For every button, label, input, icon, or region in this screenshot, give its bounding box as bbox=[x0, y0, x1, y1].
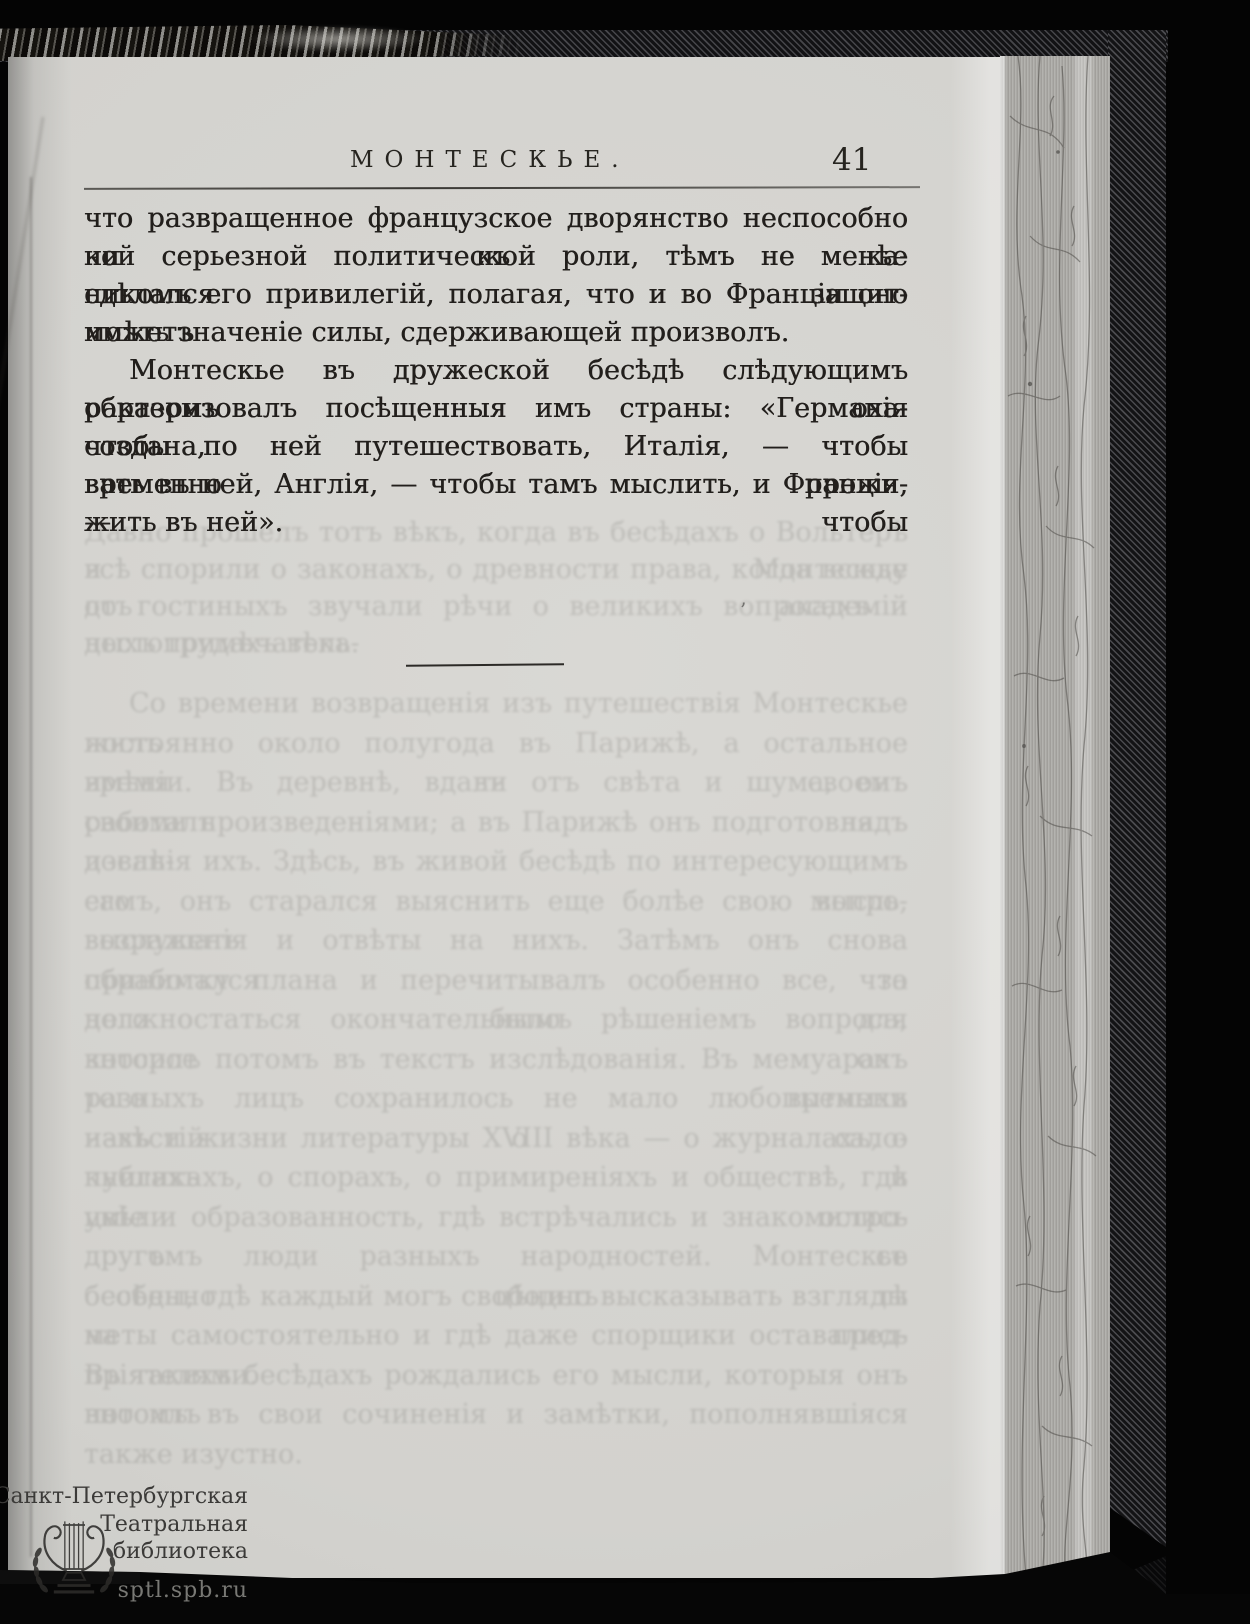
bleedthrough-line: бесѣды, гдѣ каждый могъ свободно высказы… bbox=[84, 1277, 908, 1317]
bleedthrough-line: дованія ихъ. Здѣсь, въ живой бесѣдѣ по и… bbox=[84, 842, 908, 882]
library-watermark: Санкт-Петербургская Театральная библиоте… bbox=[28, 1484, 248, 1624]
book-headband-fray bbox=[248, 26, 428, 52]
bleedthrough-line: своими произведеніями; а въ Парижѣ онъ п… bbox=[84, 803, 908, 843]
body-line: что развращенное французское дворянство … bbox=[84, 200, 908, 238]
running-title: МОНТЕСКЬЕ. bbox=[350, 147, 630, 173]
bleedthrough-line: имѣніи. Въ деревнѣ, вдали отъ свѣта и шу… bbox=[84, 763, 908, 803]
bleedthrough-line: обработку плана и перечитывалъ особенно … bbox=[84, 961, 908, 1001]
watermark-library-label: библиотека bbox=[113, 1539, 248, 1564]
bleedthrough-line: самъ, онъ старался выяснить еще болѣе св… bbox=[84, 882, 908, 922]
body-text: что развращенное французское дворянство … bbox=[84, 200, 908, 542]
bleedthrough-line: всѣ спорили о законахъ, о древности прав… bbox=[84, 551, 908, 588]
bleedthrough-line: ныхъ трудахъ вѣка. bbox=[84, 625, 908, 662]
bleedthrough-line: разныхъ лицъ сохранилось не мало любопыт… bbox=[84, 1079, 908, 1119]
body-line: имѣть значеніе силы, сдерживающей произв… bbox=[84, 314, 908, 352]
bleedthrough-line: возраженія и отвѣты на нихъ. Затѣмъ онъ … bbox=[84, 921, 908, 961]
watermark-theatre-label: Театральная bbox=[100, 1512, 248, 1537]
bleedthrough-text-upper: Давно прошелъ тотъ вѣкъ, когда въ бесѣда… bbox=[84, 514, 908, 662]
page-crease bbox=[30, 177, 32, 1557]
page-number: 41 bbox=[832, 142, 871, 178]
scanned-book-photo: МОНТЕСКЬЕ. 41 что развращенное французск… bbox=[0, 0, 1250, 1624]
bleedthrough-line: постоянно около полугода въ Парижѣ, а ос… bbox=[84, 724, 908, 764]
bleedthrough-line: потомъ въ свои сочиненія и замѣтки, попо… bbox=[84, 1395, 908, 1435]
bleedthrough-line: нахъ и жизни литературы XVIII вѣка — о ж… bbox=[84, 1119, 908, 1159]
body-line: никомъ его привилегій, полагая, что и во… bbox=[84, 276, 908, 314]
body-line: кой серьезной политической роли, тѣмъ не… bbox=[84, 238, 908, 276]
book-cover-right-edge bbox=[1108, 30, 1166, 1594]
body-line: Монтескье въ дружеской бесѣдѣ слѣдующимъ… bbox=[84, 352, 908, 390]
body-line: вать въ ней, Англія, — чтобы тамъ мыслит… bbox=[84, 466, 908, 504]
page-stack-fore-edge bbox=[1000, 56, 1110, 1578]
bleedthrough-line: уміе и образованность, гдѣ встрѣчались и… bbox=[84, 1198, 908, 1238]
watermark-city-label: Санкт-Петербургская bbox=[0, 1484, 248, 1509]
marbling-veins bbox=[1000, 56, 1110, 1578]
bleedthrough-line: Со времени возвращенія изъ путешествія М… bbox=[84, 684, 908, 724]
bleedthrough-line: до гостиныхъ звучали рѣчи о великихъ воп… bbox=[84, 588, 908, 625]
bleedthrough-line: Въ такихъ бесѣдахъ рождались его мысли, … bbox=[84, 1356, 908, 1396]
body-line: рактеризовалъ посѣщенныя имъ страны: «Ге… bbox=[84, 390, 908, 428]
bleedthrough-line: Давно прошелъ тотъ вѣкъ, когда въ бесѣда… bbox=[84, 514, 908, 551]
bleedthrough-line: публикахъ, о спорахъ, о примиреніяхъ и о… bbox=[84, 1158, 908, 1198]
lyre-icon bbox=[30, 1512, 118, 1604]
bleedthrough-line: другомъ люди разныхъ народностей. Монтес… bbox=[84, 1237, 908, 1277]
body-line: чтобы по ней путешествовать, Италія, — ч… bbox=[84, 428, 908, 466]
watermark-site-label: sptl.spb.ru bbox=[118, 1578, 248, 1603]
bleedthrough-line: меты самостоятельно и гдѣ даже спорщики … bbox=[84, 1316, 908, 1356]
page-corner-fold bbox=[0, 117, 44, 512]
bleedthrough-text-lower: Со времени возвращенія изъ путешествія М… bbox=[84, 684, 908, 1435]
bleedthrough-line: вносилъ потомъ въ текстъ изслѣдованія. В… bbox=[84, 1040, 908, 1080]
bleedthrough-line: него остаться окончательнымъ рѣшеніемъ в… bbox=[84, 1000, 908, 1040]
